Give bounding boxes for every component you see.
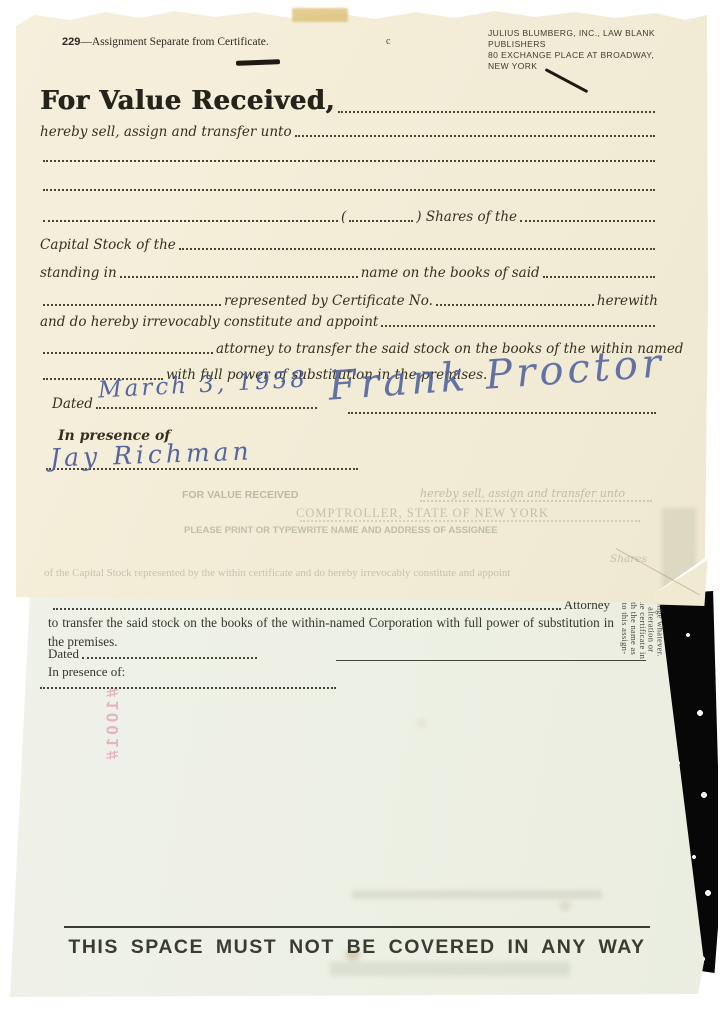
publisher-line2: 80 EXCHANGE PLACE AT BROADWAY, NEW YORK bbox=[488, 50, 673, 72]
ghost-line bbox=[300, 508, 640, 522]
dotted-fill bbox=[520, 220, 655, 222]
dated-label: Dated bbox=[52, 396, 93, 412]
dotted-fill bbox=[295, 135, 655, 137]
ghost-for-value: FOR VALUE RECEIVED bbox=[182, 489, 298, 501]
sell-assign-row: hereby sell, assign and transfer unto bbox=[40, 121, 658, 140]
blank-row bbox=[40, 178, 658, 194]
sell-assign-label: hereby sell, assign and transfer unto bbox=[40, 124, 292, 140]
stain bbox=[560, 902, 570, 910]
dotted-fill bbox=[43, 304, 221, 306]
notice-vertical-text: re to this assign- with the name as f th… bbox=[620, 593, 665, 709]
ghost-smudge bbox=[352, 890, 602, 899]
dotted-fill bbox=[436, 304, 594, 306]
name-on-books-label: name on the books of said bbox=[361, 265, 540, 281]
publisher-block: JULIUS BLUMBERG, INC., LAW BLANK PUBLISH… bbox=[488, 28, 673, 72]
capital-stock-row: Capital Stock of the bbox=[40, 234, 658, 253]
dotted-fill bbox=[43, 352, 213, 354]
for-value-received-heading: For Value Received, bbox=[40, 86, 335, 116]
dotted-fill bbox=[543, 276, 655, 278]
open-paren: ( bbox=[341, 209, 346, 225]
witness-line-bottom bbox=[40, 670, 336, 689]
dotted-fill bbox=[82, 657, 257, 659]
publisher-line1: JULIUS BLUMBERG, INC., LAW BLANK PUBLISH… bbox=[488, 28, 673, 50]
ghost-please-print: PLEASE PRINT OR TYPEWRITE NAME AND ADDRE… bbox=[184, 525, 498, 536]
ghost-capital-stock: of the Capital Stock represented by the … bbox=[44, 567, 510, 579]
scanned-document-page: Attorney to transfer the said stock on t… bbox=[0, 0, 720, 1016]
notice-fragment: f the certificate in bbox=[638, 593, 647, 709]
ink-mark bbox=[236, 59, 280, 66]
represented-by-label: represented by Certificate No. bbox=[224, 293, 433, 309]
form-number: 229 bbox=[62, 36, 80, 48]
certificate-number-stamp: #1001# bbox=[103, 688, 123, 763]
dotted-fill bbox=[53, 608, 561, 610]
form-id: 229—Assignment Separate from Certificate… bbox=[62, 30, 269, 49]
dated-row-bottom: Dated bbox=[48, 644, 260, 662]
notice-fragment: re to this assign- bbox=[620, 593, 629, 709]
heading-row: For Value Received, bbox=[40, 86, 658, 116]
ghost-smudge bbox=[330, 962, 570, 976]
standing-in-label: standing in bbox=[40, 265, 117, 281]
form-title: —Assignment Separate from Certificate. bbox=[80, 36, 268, 48]
dated-label: Dated bbox=[48, 646, 79, 662]
notice-fragment: with the name as bbox=[629, 593, 638, 709]
tape-stain bbox=[292, 8, 348, 22]
stain bbox=[418, 720, 426, 727]
dotted-fill bbox=[179, 248, 655, 250]
capital-stock-label: Capital Stock of the bbox=[40, 237, 176, 253]
notice-fragment: out alteration or bbox=[647, 593, 656, 709]
dotted-fill bbox=[120, 276, 358, 278]
dotted-fill bbox=[381, 325, 655, 327]
certificate-no-row: represented by Certificate No. herewith bbox=[40, 290, 658, 309]
center-mark: c bbox=[386, 36, 390, 47]
shares-row: ( ) Shares of the bbox=[40, 206, 658, 225]
signature-line-bottom bbox=[336, 660, 646, 661]
top-sheet: 229—Assignment Separate from Certificate… bbox=[0, 0, 720, 610]
footer-rule bbox=[64, 926, 650, 928]
constitute-label: and do hereby irrevocably constitute and… bbox=[40, 314, 378, 330]
blank-row bbox=[40, 149, 658, 165]
dotted-fill bbox=[43, 189, 655, 191]
dotted-fill bbox=[338, 111, 655, 113]
ghost-line bbox=[420, 486, 652, 502]
dotted-fill bbox=[96, 407, 317, 409]
dotted-fill bbox=[43, 160, 655, 162]
herewith-label: herewith bbox=[597, 293, 658, 309]
constitute-row: and do hereby irrevocably constitute and… bbox=[40, 311, 658, 330]
shares-of-the-label: ) Shares of the bbox=[416, 209, 517, 225]
standing-in-row: standing in name on the books of said bbox=[40, 262, 658, 281]
dotted-fill bbox=[43, 220, 338, 222]
footer-warning: THIS SPACE MUST NOT BE COVERED IN ANY WA… bbox=[40, 936, 674, 959]
dotted-fill bbox=[349, 220, 413, 222]
